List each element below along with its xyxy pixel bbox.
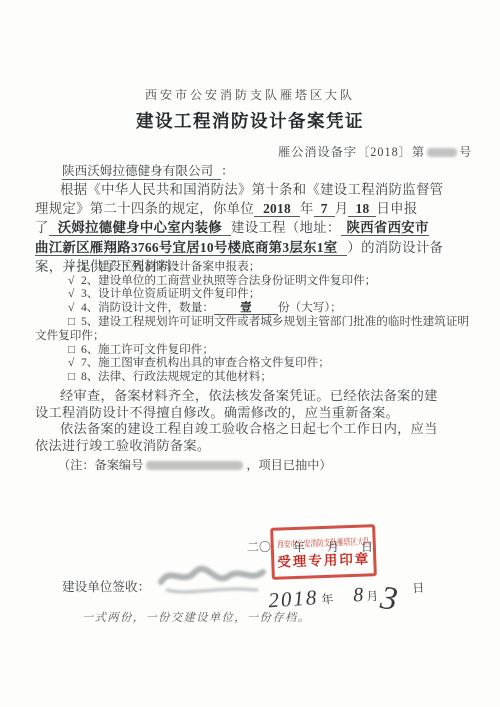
handwritten-month: 8 bbox=[352, 584, 364, 607]
handwritten-day-label: 日 bbox=[412, 581, 425, 596]
checkmark-icon: √ bbox=[68, 260, 81, 274]
declared-year: 2018 bbox=[254, 201, 300, 217]
checkbox-icon: □ bbox=[68, 343, 81, 357]
material-item-4: √4、消防设计文件，数量：壹份（大写）； bbox=[35, 301, 467, 316]
checkmark-icon: √ bbox=[68, 287, 81, 301]
addressee-colon: ： bbox=[221, 164, 234, 178]
intro-line-3-prefix: 了 bbox=[35, 220, 49, 235]
review-line-1: 经审查，备案材料齐全，依法核发备案凭证。已经依法备案的建 bbox=[35, 388, 467, 405]
handwritten-day: 3 bbox=[378, 580, 399, 619]
day-label: 日申报 bbox=[376, 201, 417, 216]
review-line-2: 设工程消防设计不得擅自修改。确需修改的，应当重新备案。 bbox=[35, 405, 467, 422]
project-address-part2: 曲江新区雁翔路3766号宜居10号楼底商第3层东1室 bbox=[35, 240, 347, 256]
item-number: 5、 bbox=[81, 315, 98, 329]
item-text-suffix: 份（大写）； bbox=[278, 301, 342, 314]
intro-line-1: 根据《中华人民共和国消防法》第十条和《建设工程消防监督管 bbox=[35, 180, 467, 199]
intro-line-2: 理规定》第二十四条的规定，你单位2018年7月18日申报 bbox=[35, 199, 467, 218]
document-number-prefix: 雁公消设备字〔2018〕第 bbox=[278, 145, 425, 159]
item-number: 2、 bbox=[81, 274, 98, 288]
item-text: 消防设计文件，数量： bbox=[98, 301, 214, 314]
handwritten-year: 2018 bbox=[268, 585, 320, 612]
declared-day: 18 bbox=[348, 201, 376, 217]
acceptance-seal-stamp: 西安市公安消防支队雁塔区大队 受理专用印章 bbox=[270, 524, 377, 580]
item-text: 建设工程消防设计备案申报表； bbox=[98, 260, 260, 273]
item-text: 施工许可文件复印件； bbox=[98, 343, 214, 356]
intro-line-2-text: 理规定》第二十四条的规定，你单位 bbox=[35, 201, 254, 216]
year-label: 年 bbox=[300, 201, 314, 216]
item-number: 7、 bbox=[81, 356, 98, 370]
addressee-line: 陕西沃姆拉德健身有限公司： bbox=[62, 160, 234, 179]
handwritten-year-label: 年 bbox=[321, 592, 334, 607]
quantity-value: 壹 bbox=[214, 301, 278, 316]
declared-month: 7 bbox=[314, 201, 335, 217]
stamp-purpose-text: 受理专用印章 bbox=[277, 547, 371, 570]
document-number-suffix: 号 bbox=[459, 145, 472, 159]
filing-number-note: （注：备案编号，项目已抽中） bbox=[58, 456, 332, 473]
redacted-filing-number bbox=[146, 461, 243, 470]
material-item-5: □5、建设工程规划许可证明文件或者城乡规划主管部门批准的临时性建筑证明 bbox=[35, 315, 467, 329]
materials-checklist: √1、建设工程消防设计备案申报表； √2、建设单位的工商营业执照等合法身份证明文… bbox=[35, 260, 467, 383]
handwritten-month-label: 月 bbox=[366, 589, 379, 604]
checkmark-icon: √ bbox=[68, 356, 81, 370]
item-number: 8、 bbox=[81, 370, 98, 384]
checkmark-icon: √ bbox=[68, 274, 81, 288]
signature-scribble-icon bbox=[155, 556, 273, 602]
material-item-3: √3、设计单位资质证明文件复印件； bbox=[35, 287, 467, 301]
material-item-5-wrap: 文件复印件； bbox=[35, 329, 467, 343]
project-name: 沃姆拉德健身中心室内装修 bbox=[49, 220, 231, 236]
completion-line-2: 依法进行竣工验收消防备案。 bbox=[35, 438, 467, 455]
intro-line-3-mid: 建设工程（地址： bbox=[231, 220, 341, 235]
material-item-2: √2、建设单位的工商营业执照等合法身份证明文件复印件； bbox=[35, 274, 467, 288]
redacted-document-number bbox=[427, 148, 457, 157]
review-result-paragraph: 经审查，备案材料齐全，依法核发备案凭证。已经依法备案的建 设工程消防设计不得擅自… bbox=[35, 388, 467, 421]
material-item-6: □6、施工许可文件复印件； bbox=[35, 343, 467, 357]
item-text: 建设工程规划许可证明文件或者城乡规划主管部门批准的临时性建筑证明 bbox=[98, 315, 469, 328]
recipient-sign-label: 建设单位签收： bbox=[62, 576, 150, 595]
item-number: 3、 bbox=[81, 287, 98, 301]
handwritten-signature bbox=[155, 556, 273, 602]
item-number: 1、 bbox=[81, 260, 98, 274]
addressee-company-name: 陕西沃姆拉德健身有限公司 bbox=[62, 164, 221, 180]
intro-line-4: 曲江新区雁翔路3766号宜居10号楼底商第3层东1室）的消防设计备 bbox=[35, 238, 467, 257]
checkbox-icon: □ bbox=[68, 315, 81, 329]
item-text: 建设单位的工商营业执照等合法身份证明文件复印件； bbox=[98, 274, 376, 287]
project-address-part1: 陕西省西安市 bbox=[341, 220, 429, 236]
checkbox-icon: □ bbox=[68, 370, 81, 384]
completion-filing-paragraph: 依法备案的建设工程自竣工验收合格之日起七个工作日内，应当 依法进行竣工验收消防备… bbox=[35, 421, 467, 454]
item-number: 6、 bbox=[81, 343, 98, 357]
material-item-8: □8、法律、行政法规规定的其他材料； bbox=[35, 370, 467, 384]
completion-line-1: 依法备案的建设工程自竣工验收合格之日起七个工作日内，应当 bbox=[35, 421, 467, 438]
note-close-text: ，项目已抽中） bbox=[246, 458, 331, 472]
intro-line-3: 了沃姆拉德健身中心室内装修建设工程（地址：陕西省西安市 bbox=[35, 218, 467, 237]
item-number: 4、 bbox=[81, 301, 98, 315]
item-text: 施工图审查机构出具的审查合格文件复印件； bbox=[98, 356, 330, 369]
item-text: 设计单位资质证明文件复印件； bbox=[98, 287, 260, 300]
material-item-7: √7、施工图审查机构出具的审查合格文件复印件； bbox=[35, 356, 467, 370]
document-number: 雁公消设备字〔2018〕第号 bbox=[278, 143, 472, 160]
printed-date-prefix: 二〇 bbox=[247, 540, 271, 554]
intro-line-4-suffix: ）的消防设计备 bbox=[347, 240, 443, 255]
document-page: 西安市公安消防支队雁塔区大队 建设工程消防设计备案凭证 雁公消设备字〔2018〕… bbox=[0, 0, 500, 707]
note-open-text: （注：备案编号 bbox=[58, 458, 143, 472]
document-title: 建设工程消防设计备案凭证 bbox=[0, 108, 500, 133]
item-text: 法律、行政法规规定的其他材料； bbox=[98, 370, 272, 383]
material-item-1: √1、建设工程消防设计备案申报表； bbox=[35, 260, 467, 274]
month-label: 月 bbox=[335, 201, 349, 216]
issuing-authority: 西安市公安消防支队雁塔区大队 bbox=[0, 86, 500, 103]
checkmark-icon: √ bbox=[68, 301, 81, 315]
